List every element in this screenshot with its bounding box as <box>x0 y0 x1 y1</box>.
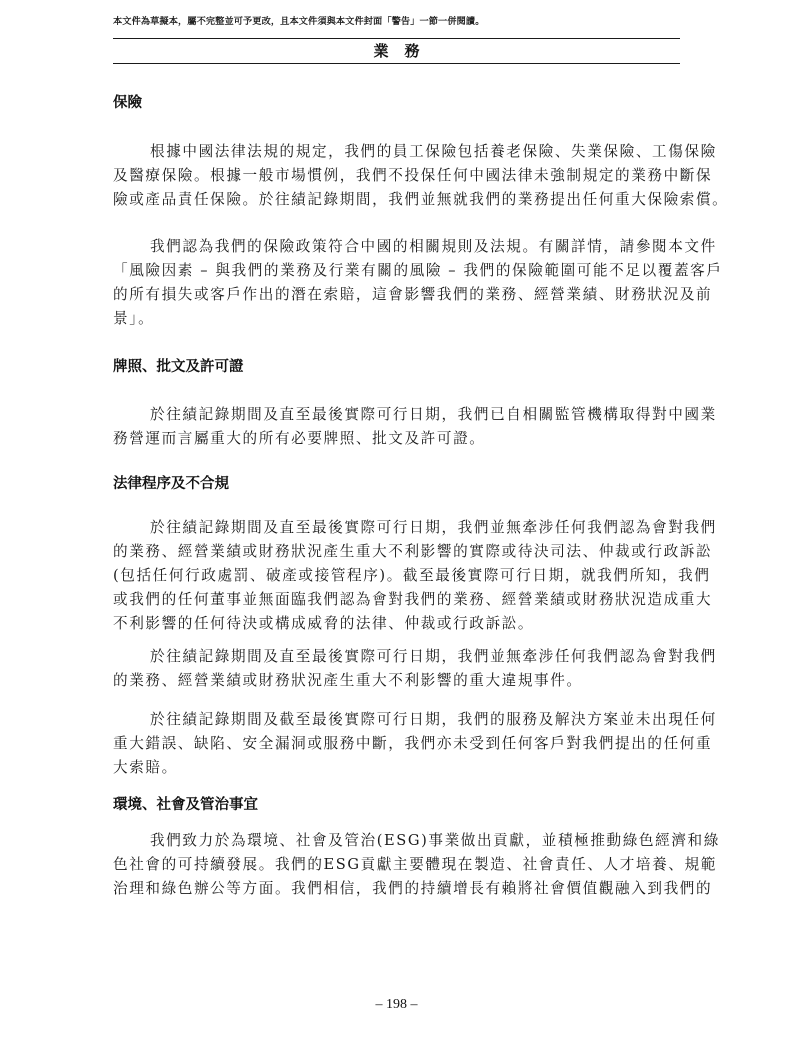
text-line: 於往績記錄期間及直至最後實際可行日期，我們並無牽涉任何我們認為會對我們 <box>113 516 680 540</box>
paragraph-legal-3: 於往績記錄期間及截至最後實際可行日期，我們的服務及解決方案並未出現任何 重大錯誤… <box>113 708 680 780</box>
text-line: 及醫療保險。根據一般市場慣例，我們不投保任何中國法律未強制規定的業務中斷保 <box>113 164 680 188</box>
text-line: 景」。 <box>113 307 680 331</box>
paragraph-insurance-2: 我們認為我們的保險政策符合中國的相關規則及法規。有關詳情，請參閱本文件 「風險因… <box>113 235 680 331</box>
text-line: 或我們的任何董事並無面臨我們認為會對我們的業務、經營業績或財務狀況造成重大 <box>113 588 680 612</box>
text-line: 於往績記錄期間及直至最後實際可行日期，我們並無牽涉任何我們認為會對我們 <box>113 645 680 669</box>
paragraph-legal-1: 於往績記錄期間及直至最後實際可行日期，我們並無牽涉任何我們認為會對我們 的業務、… <box>113 516 680 636</box>
text-line: 的所有損失或客戶作出的潛在索賠，這會影響我們的業務、經營業績、財務狀況及前 <box>113 283 680 307</box>
text-line: 我們認為我們的保險政策符合中國的相關規則及法規。有關詳情，請參閱本文件 <box>113 235 680 259</box>
text-line: 色社會的可持續發展。我們的ESG貢獻主要體現在製造、社會責任、人才培養、規範 <box>113 853 680 877</box>
text-line: 重大錯誤、缺陷、安全漏洞或服務中斷，我們亦未受到任何客戶對我們提出的任何重 <box>113 732 680 756</box>
paragraph-esg-1: 我們致力於為環境、社會及管治(ESG)事業做出貢獻，並積極推動綠色經濟和綠 色社… <box>113 829 680 901</box>
paragraph-insurance-1: 根據中國法律法規的規定，我們的員工保險包括養老保險、失業保險、工傷保險 及醫療保… <box>113 140 680 212</box>
heading-licenses: 牌照、批文及許可證 <box>113 357 680 377</box>
text-line: 我們致力於為環境、社會及管治(ESG)事業做出貢獻，並積極推動綠色經濟和綠 <box>113 829 680 853</box>
text-line: 於往績記錄期間及直至最後實際可行日期，我們已自相關監管機構取得對中國業 <box>113 403 680 427</box>
text-line: (包括任何行政處罰、破產或接管程序)。截至最後實際可行日期，就我們所知，我們 <box>113 564 680 588</box>
page-number: – 198 – <box>113 997 680 1013</box>
heading-insurance: 保險 <box>113 93 680 113</box>
page-section-title: 業務 <box>113 40 680 62</box>
text-line: 險或產品責任保險。於往績記錄期間，我們並無就我們的業務提出任何重大保險索償。 <box>113 188 680 212</box>
heading-legal-proceedings: 法律程序及不合規 <box>113 474 680 494</box>
text-line: 大索賠。 <box>113 756 680 780</box>
header-rule-top <box>113 38 680 39</box>
paragraph-licenses-1: 於往績記錄期間及直至最後實際可行日期，我們已自相關監管機構取得對中國業 務營運而… <box>113 403 680 451</box>
paragraph-legal-2: 於往績記錄期間及直至最後實際可行日期，我們並無牽涉任何我們認為會對我們 的業務、… <box>113 645 680 693</box>
text-line: 的業務、經營業績或財務狀況產生重大不利影響的實際或待決司法、仲裁或行政訴訟 <box>113 540 680 564</box>
heading-esg: 環境、社會及管治事宜 <box>113 795 680 815</box>
text-line: 不利影響的任何待決或構成威脅的法律、仲裁或行政訴訟。 <box>113 612 680 636</box>
text-line: 於往績記錄期間及截至最後實際可行日期，我們的服務及解決方案並未出現任何 <box>113 708 680 732</box>
text-line: 根據中國法律法規的規定，我們的員工保險包括養老保險、失業保險、工傷保險 <box>113 140 680 164</box>
text-line: 的業務、經營業績或財務狀況產生重大不利影響的重大違規事件。 <box>113 669 680 693</box>
text-line: 「風險因素 – 與我們的業務及行業有關的風險 – 我們的保險範圍可能不足以覆蓋客… <box>113 259 680 283</box>
text-line: 治理和綠色辦公等方面。我們相信，我們的持續增長有賴將社會價值觀融入到我們的 <box>113 877 680 901</box>
draft-notice: 本文件為草擬本，屬不完整並可予更改，且本文件須與本文件封面「警告」一節一併閱讀。 <box>113 13 680 27</box>
text-line: 務營運而言屬重大的所有必要牌照、批文及許可證。 <box>113 427 680 451</box>
header-rule-bottom <box>113 63 680 64</box>
